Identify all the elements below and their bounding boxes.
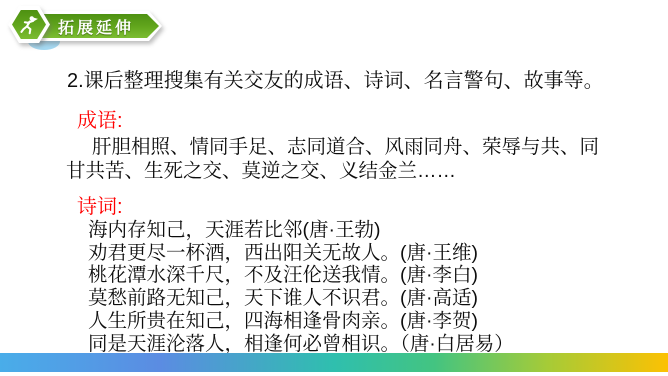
idiom-line-2: 甘共苦、生死之交、莫逆之交、义结金兰……	[66, 155, 456, 183]
task-text: 2.课后整理搜集有关交友的成语、诗词、名言警句、故事等。	[67, 64, 604, 93]
poem-line: 劝君更尽一杯酒，西出阳关无故人。(唐·王维)	[88, 242, 514, 265]
poem-line: 同是天涯沦落人，相逢何必曾相识。（唐·白居易）	[88, 333, 514, 356]
poem-line: 莫愁前路无知己，天下谁人不识君。(唐·高适)	[88, 287, 514, 310]
idioms-label: 成语:	[77, 104, 123, 133]
poem-line: 桃花潭水深千尺，不及汪伦送我情。(唐·李白)	[88, 264, 514, 287]
gradient-footer-bar	[0, 353, 668, 372]
runner-icon	[18, 14, 40, 36]
poem-line: 海内存知己，天涯若比邻(唐·王勃)	[88, 219, 514, 242]
hexagon-badge	[8, 6, 50, 43]
poems-list: 海内存知己，天涯若比邻(唐·王勃) 劝君更尽一杯酒，西出阳关无故人。(唐·王维)…	[88, 219, 514, 355]
banner-title: 拓展延伸	[50, 15, 146, 38]
section-header: 拓展延伸	[0, 0, 200, 60]
banner-ribbon: 拓展延伸	[34, 11, 162, 41]
slide: 拓展延伸 2.课后整理搜集有关交友的成语、诗词	[0, 0, 668, 376]
poem-line: 人生所贵在知己，四海相逢骨肉亲。(唐·李贺)	[88, 310, 514, 333]
banner-fill: 拓展延伸	[37, 14, 159, 38]
poems-label: 诗词:	[77, 190, 123, 219]
